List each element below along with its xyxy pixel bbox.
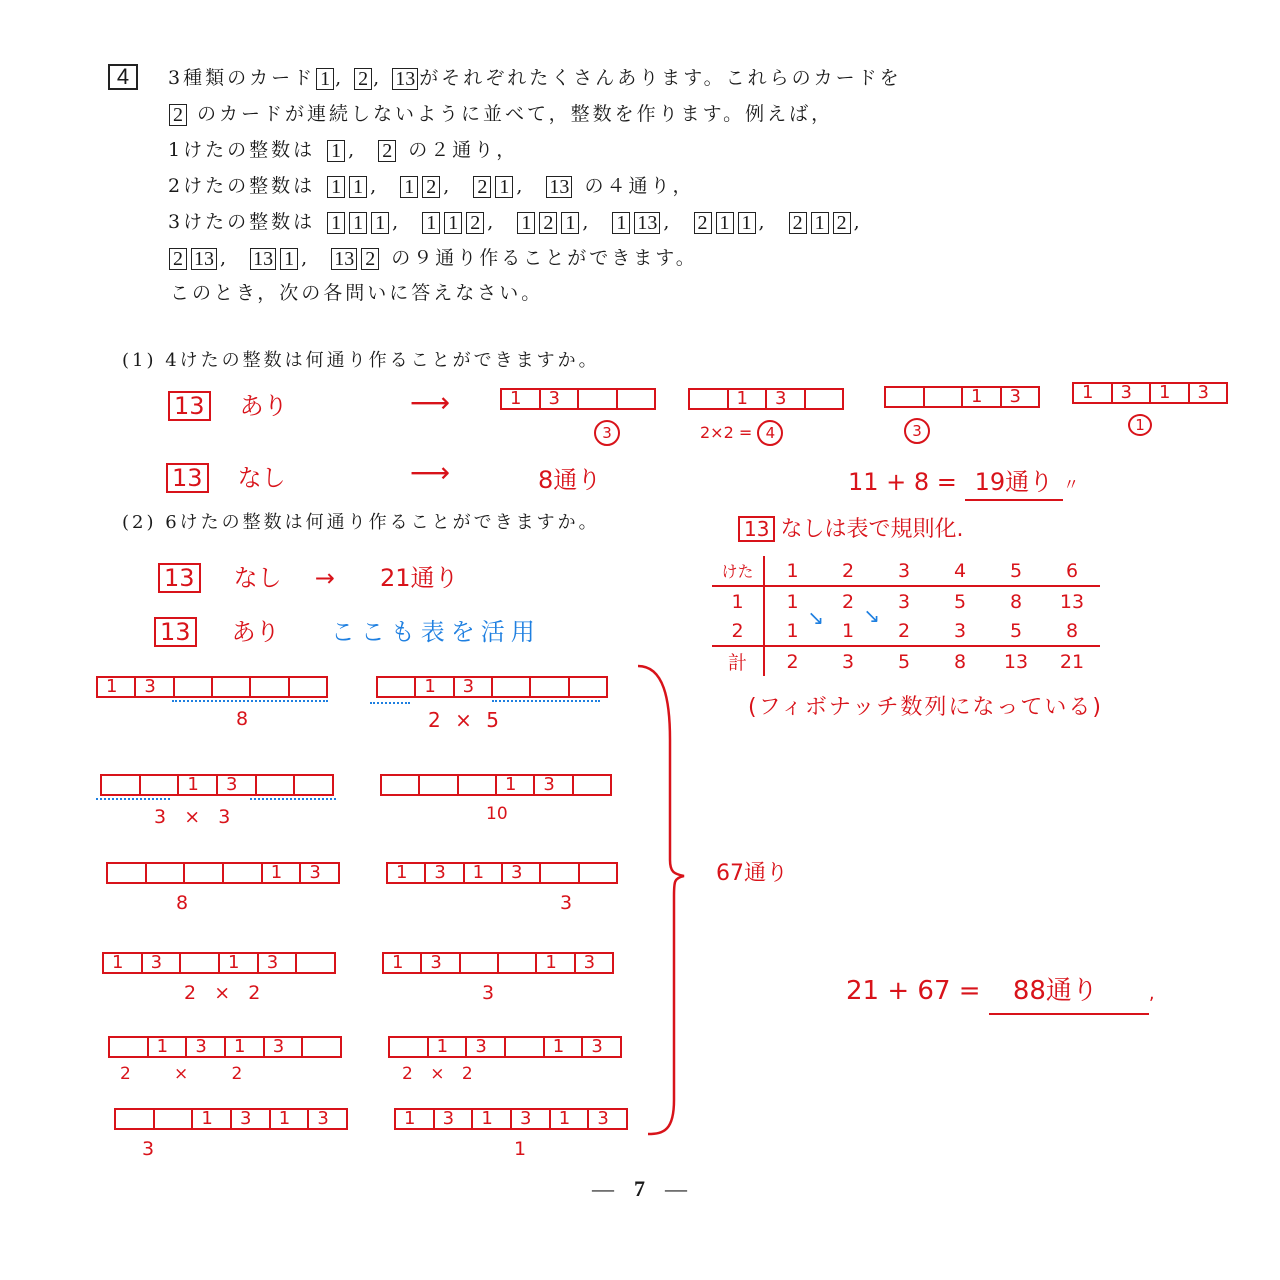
card: 2: [833, 212, 851, 234]
card: 1: [495, 176, 513, 198]
cell: [145, 864, 184, 882]
card: 1: [561, 212, 579, 234]
cell: 1: [261, 864, 300, 882]
cell: [179, 954, 218, 972]
label-1digit: 1けたの整数は: [168, 139, 315, 161]
combo: 213: [168, 248, 218, 270]
cell: [459, 954, 497, 972]
cell: 3: [141, 954, 180, 972]
cell: 3: [465, 1038, 504, 1056]
problem-line-3digit-cont: 213, 131, 132 の９通り作ることができます。: [166, 248, 698, 270]
intro-text-b: がそれぞれたくさんあります。これらのカードを: [419, 67, 901, 89]
row-label: 2: [712, 616, 764, 646]
cell: [183, 864, 222, 882]
dash-left: —: [592, 1176, 634, 1201]
card: 2: [473, 176, 491, 198]
blue-underline: [250, 794, 336, 800]
strip-note: 8: [176, 892, 188, 914]
final-tail: ,: [1149, 983, 1155, 1004]
q1-with13-row: 13 あり: [168, 386, 288, 421]
cell: 1: [414, 678, 452, 696]
cell: 1: [98, 678, 134, 696]
cell: 3: [453, 678, 491, 696]
cell: [116, 1110, 153, 1128]
table-cell: 13: [1044, 586, 1100, 616]
card: 1: [444, 212, 462, 234]
page-number: 7: [634, 1176, 665, 1201]
card: 1: [349, 212, 367, 234]
strip-note: 1: [514, 1138, 526, 1160]
circled-number: 4: [757, 420, 783, 446]
strip-note: 2 × 2: [120, 1064, 242, 1084]
answer-tail: 〃: [1063, 475, 1079, 494]
q1-strip-2-note: 2×2 = 4: [700, 420, 783, 446]
q2-strip-left-6: 1313: [114, 1108, 348, 1130]
col-header: 2: [820, 556, 876, 586]
cell: [222, 864, 261, 882]
cell: 1: [1074, 384, 1111, 402]
cell: 3: [263, 1038, 302, 1056]
cell: 1: [1149, 384, 1188, 402]
combo: 21: [472, 176, 514, 198]
cell: 1: [218, 954, 257, 972]
cell: [418, 776, 456, 794]
card: 1: [517, 212, 535, 234]
card: 1: [422, 212, 440, 234]
cell: [288, 678, 326, 696]
combo: 212: [788, 212, 852, 234]
cell: [378, 678, 414, 696]
answer-expression: 11 + 8 =: [848, 468, 957, 496]
card-13: 13: [392, 68, 418, 90]
cell: 1: [727, 390, 766, 408]
card: 2: [789, 212, 807, 234]
card: 13: [191, 248, 217, 270]
final-answer-value: 88通り: [989, 970, 1149, 1015]
cell: 1: [104, 954, 141, 972]
label-ari: あり: [240, 392, 288, 420]
card: 2: [422, 176, 440, 198]
q2-strip-right-6: 131313: [394, 1108, 628, 1130]
cell: [255, 776, 294, 794]
cell: 1: [427, 1038, 466, 1056]
cell: [923, 388, 962, 406]
card: 1: [738, 212, 756, 234]
cell: [804, 390, 843, 408]
card: 2: [466, 212, 484, 234]
combo: 131: [249, 248, 299, 270]
q2-without13-row: 13 なし → 21通り: [158, 558, 458, 593]
cell: [295, 954, 334, 972]
card-2: 2: [169, 104, 187, 126]
cell: 3: [765, 390, 804, 408]
cell: [690, 390, 727, 408]
table-cell: 8: [1044, 616, 1100, 646]
combo: 113: [611, 212, 661, 234]
blue-underline: [492, 696, 600, 702]
blue-underline: [370, 698, 410, 704]
cell: 1: [535, 954, 573, 972]
cell: [293, 776, 332, 794]
instruction: このとき，次の各問いに答えなさい。: [170, 284, 543, 303]
page-number-footer: —7—: [592, 1176, 707, 1202]
combo: 112: [421, 212, 485, 234]
cell: 3: [257, 954, 296, 972]
card: 1: [811, 212, 829, 234]
q2-strip-right-3: 1313: [386, 862, 618, 884]
q1-strip-4: 1313: [1072, 382, 1228, 404]
cell: 3: [299, 864, 338, 882]
curly-brace-icon: [634, 660, 694, 1140]
table-caption: (フィボナッチ数列になっている): [748, 690, 1103, 721]
col-header: 5: [988, 556, 1044, 586]
card: 2: [539, 212, 557, 234]
combo: 121: [516, 212, 580, 234]
cell: 3: [307, 1110, 346, 1128]
card: 2: [378, 140, 396, 162]
card-13-handwritten: 13: [158, 563, 201, 593]
blue-underline: [172, 696, 328, 702]
brace-total: 67通り: [716, 856, 788, 887]
q2-strip-left-4: 1313: [102, 952, 336, 974]
intro-line2-text: のカードが連続しないように並べて，整数を作ります。例えば，: [197, 103, 833, 125]
cell: 1: [269, 1110, 308, 1128]
total-cell: 5: [876, 646, 932, 676]
table-row: 2 1 1 2 3 5 8: [712, 616, 1100, 646]
problem-line-2digit: 2けたの整数は 11, 12, 21, 13 の４通り，: [168, 176, 694, 198]
cell: 1: [502, 390, 539, 408]
q2-strip-right-4: 1313: [382, 952, 614, 974]
cell: 3: [1188, 384, 1227, 402]
combo: 12: [399, 176, 441, 198]
final-expression: 21 + 67 =: [846, 976, 981, 1006]
cell: 1: [961, 388, 1000, 406]
combo: 1: [326, 140, 346, 162]
cell: [249, 678, 287, 696]
q1-answer-row: 11 + 8 = 19通り〃: [848, 462, 1079, 501]
q2-strip-left-3: 13: [106, 862, 340, 884]
arrow-icon: ⟶: [410, 456, 450, 489]
cell: 3: [185, 1038, 224, 1056]
col-header: 4: [932, 556, 988, 586]
cell: 3: [433, 1110, 472, 1128]
cell: 1: [471, 1110, 510, 1128]
strip-note: 2 × 5: [428, 708, 503, 732]
q2-strip-right-5: 1313: [388, 1036, 622, 1058]
cell: 1: [224, 1038, 263, 1056]
q2-note: 13 なしは表で規則化.: [738, 512, 964, 543]
combo: 132: [330, 248, 380, 270]
card: 1: [327, 140, 345, 162]
cell: [539, 864, 577, 882]
cell: [578, 864, 616, 882]
cell: 3: [581, 1038, 620, 1056]
cell: 1: [388, 864, 424, 882]
card: 2: [694, 212, 712, 234]
card-13-handwritten: 13: [166, 463, 209, 493]
combo: 111: [326, 212, 390, 234]
dash-right: —: [665, 1176, 707, 1201]
table-cell: 5: [932, 586, 988, 616]
cell: [616, 390, 655, 408]
cell: 1: [147, 1038, 186, 1056]
card: 1: [280, 248, 298, 270]
circled-number: 3: [904, 418, 930, 444]
cell: [173, 678, 211, 696]
table-total-row: 計 2 3 5 8 13 21: [712, 646, 1100, 676]
q2-without13-result: 21通り: [380, 564, 459, 592]
tail-1digit: の２通り，: [408, 139, 518, 161]
header-label: けた: [712, 556, 764, 586]
cell: [211, 678, 249, 696]
cell: [572, 776, 610, 794]
cell: [497, 954, 535, 972]
q2-strip-left-2: 13: [100, 774, 334, 796]
table-header-row: けた 1 2 3 4 5 6: [712, 556, 1100, 586]
card-13-handwritten: 13: [154, 617, 197, 647]
cell: 3: [230, 1110, 269, 1128]
cell: 1: [191, 1110, 230, 1128]
problem-line-3digit: 3けたの整数は 111, 112, 121, 113, 211, 212,: [168, 212, 872, 234]
card: 13: [546, 176, 572, 198]
strip-note: 8: [236, 708, 248, 730]
table-row: 1 1 2 3 5 8 13: [712, 586, 1100, 616]
q2-strip-left-1: 13: [96, 676, 328, 698]
table-cell: 3: [932, 616, 988, 646]
card: 2: [361, 248, 379, 270]
answer-value: 19通り: [965, 462, 1064, 501]
q1-strip-3: 13: [884, 386, 1040, 408]
cell: [153, 1110, 192, 1128]
q1-without13-row: 13 なし: [166, 458, 286, 493]
cell: 3: [587, 1110, 626, 1128]
card: 1: [327, 212, 345, 234]
note-text: なしは表で規則化.: [781, 517, 964, 542]
fibonacci-table: けた 1 2 3 4 5 6 1 1 2 3 5 8 13 2 1 1 2 3 …: [712, 556, 1100, 676]
card: 13: [331, 248, 357, 270]
cell: 3: [533, 776, 571, 794]
card-2: 2: [354, 68, 372, 90]
card: 1: [612, 212, 630, 234]
cell: 3: [424, 864, 462, 882]
cell: [382, 776, 418, 794]
final-answer-row: 21 + 67 = 88通り,: [846, 970, 1155, 1015]
label-nashi: なし: [234, 564, 282, 592]
card: 1: [716, 212, 734, 234]
cell: 1: [177, 776, 216, 794]
strip-note: 2 × 2: [184, 982, 260, 1004]
total-cell: 3: [820, 646, 876, 676]
label-nashi: なし: [238, 464, 286, 492]
cell: 3: [1111, 384, 1150, 402]
card: 1: [400, 176, 418, 198]
problem-number: 4: [108, 64, 138, 90]
strip-note: 3: [560, 892, 572, 914]
cell: 1: [549, 1110, 588, 1128]
problem-line-2: 2 のカードが連続しないように並べて，整数を作ります。例えば，: [168, 104, 833, 126]
card-1: 1: [316, 68, 334, 90]
cell: 1: [463, 864, 501, 882]
col-header: 3: [876, 556, 932, 586]
cell: [301, 1038, 340, 1056]
q1-strip-2: 13: [688, 388, 844, 410]
intro-text-a: 3種類のカード: [168, 67, 315, 89]
cell: 1: [495, 776, 533, 794]
strip-note: 3 × 3: [154, 806, 230, 828]
note-prefix: 2×2 =: [700, 423, 752, 442]
q2-strip-left-5: 1313: [108, 1036, 342, 1058]
combo: 11: [326, 176, 368, 198]
combo: 2: [377, 140, 397, 162]
cell: 3: [510, 1110, 549, 1128]
cell: 3: [574, 954, 612, 972]
table-cell: 8: [988, 586, 1044, 616]
q1-strip-3-note: 3: [904, 418, 930, 444]
card: 13: [634, 212, 660, 234]
cell: 3: [1000, 388, 1039, 406]
q2-with13-row: 13 あり ここも表を活用: [154, 612, 541, 647]
card: 1: [371, 212, 389, 234]
cell: [568, 678, 606, 696]
cell: [886, 388, 923, 406]
card: 2: [169, 248, 187, 270]
col-header: 1: [764, 556, 820, 586]
table-cell: 2: [876, 616, 932, 646]
total-cell: 8: [932, 646, 988, 676]
tail-2digit: の４通り，: [584, 175, 694, 197]
cell: 3: [420, 954, 458, 972]
cell: [390, 1038, 427, 1056]
label-ari: あり: [232, 618, 280, 646]
circled-number: 3: [594, 420, 620, 446]
card-13-handwritten: 13: [168, 391, 211, 421]
problem-line-1digit: 1けたの整数は 1, 2 の２通り，: [168, 140, 518, 162]
q1-without13-result: 8通り: [538, 460, 601, 495]
total-cell: 13: [988, 646, 1044, 676]
cell: 3: [216, 776, 255, 794]
card: 1: [327, 176, 345, 198]
combo: 13: [545, 176, 573, 198]
cell: [491, 678, 529, 696]
label-2digit: 2けたの整数は: [168, 175, 315, 197]
card: 1: [349, 176, 367, 198]
col-header: 6: [1044, 556, 1100, 586]
strip-note: 2 × 2: [402, 1064, 479, 1084]
cell: [529, 678, 567, 696]
blue-underline: [96, 794, 170, 800]
arrow-icon: →: [315, 564, 335, 592]
strip-note: 3: [142, 1138, 154, 1160]
cell: [110, 1038, 147, 1056]
q2-strip-right-1: 13: [376, 676, 608, 698]
q1-strip-1: 13: [500, 388, 656, 410]
label-3digit: 3けたの整数は: [168, 211, 315, 233]
cell: [577, 390, 616, 408]
cell: [504, 1038, 543, 1056]
arrow-icon: ⟶: [410, 386, 450, 419]
combo: 211: [693, 212, 757, 234]
q1-strip-1-note: 3: [594, 420, 620, 446]
cell: 3: [134, 678, 172, 696]
table-cell: 5: [988, 616, 1044, 646]
strip-note: 10: [486, 804, 508, 824]
total-label: 計: [712, 646, 764, 676]
blue-note: ここも表を活用: [331, 618, 541, 646]
q1-strip-4-note: 1: [1128, 414, 1152, 436]
q2-strip-right-2: 13: [380, 774, 612, 796]
problem-line-1: 3種類のカード1,2,13がそれぞれたくさんあります。これらのカードを: [168, 68, 902, 90]
cell: 1: [543, 1038, 582, 1056]
cell: 1: [396, 1110, 433, 1128]
cell: [457, 776, 495, 794]
card: 13: [250, 248, 276, 270]
card-13-handwritten: 13: [738, 516, 775, 542]
strip-note: 3: [482, 982, 494, 1004]
circled-number: 1: [1128, 414, 1152, 436]
cell: [102, 776, 139, 794]
question-2: (2) 6けたの整数は何通り作ることができますか。: [122, 514, 600, 532]
cell: [139, 776, 178, 794]
cell: 3: [539, 390, 578, 408]
cell: 1: [384, 954, 420, 972]
cell: 3: [501, 864, 539, 882]
total-cell: 2: [764, 646, 820, 676]
total-cell: 21: [1044, 646, 1100, 676]
tail-3digit: の９通り作ることができます。: [391, 247, 697, 269]
row-label: 1: [712, 586, 764, 616]
cell: [108, 864, 145, 882]
question-1: (1) 4けたの整数は何通り作ることができますか。: [122, 352, 600, 370]
